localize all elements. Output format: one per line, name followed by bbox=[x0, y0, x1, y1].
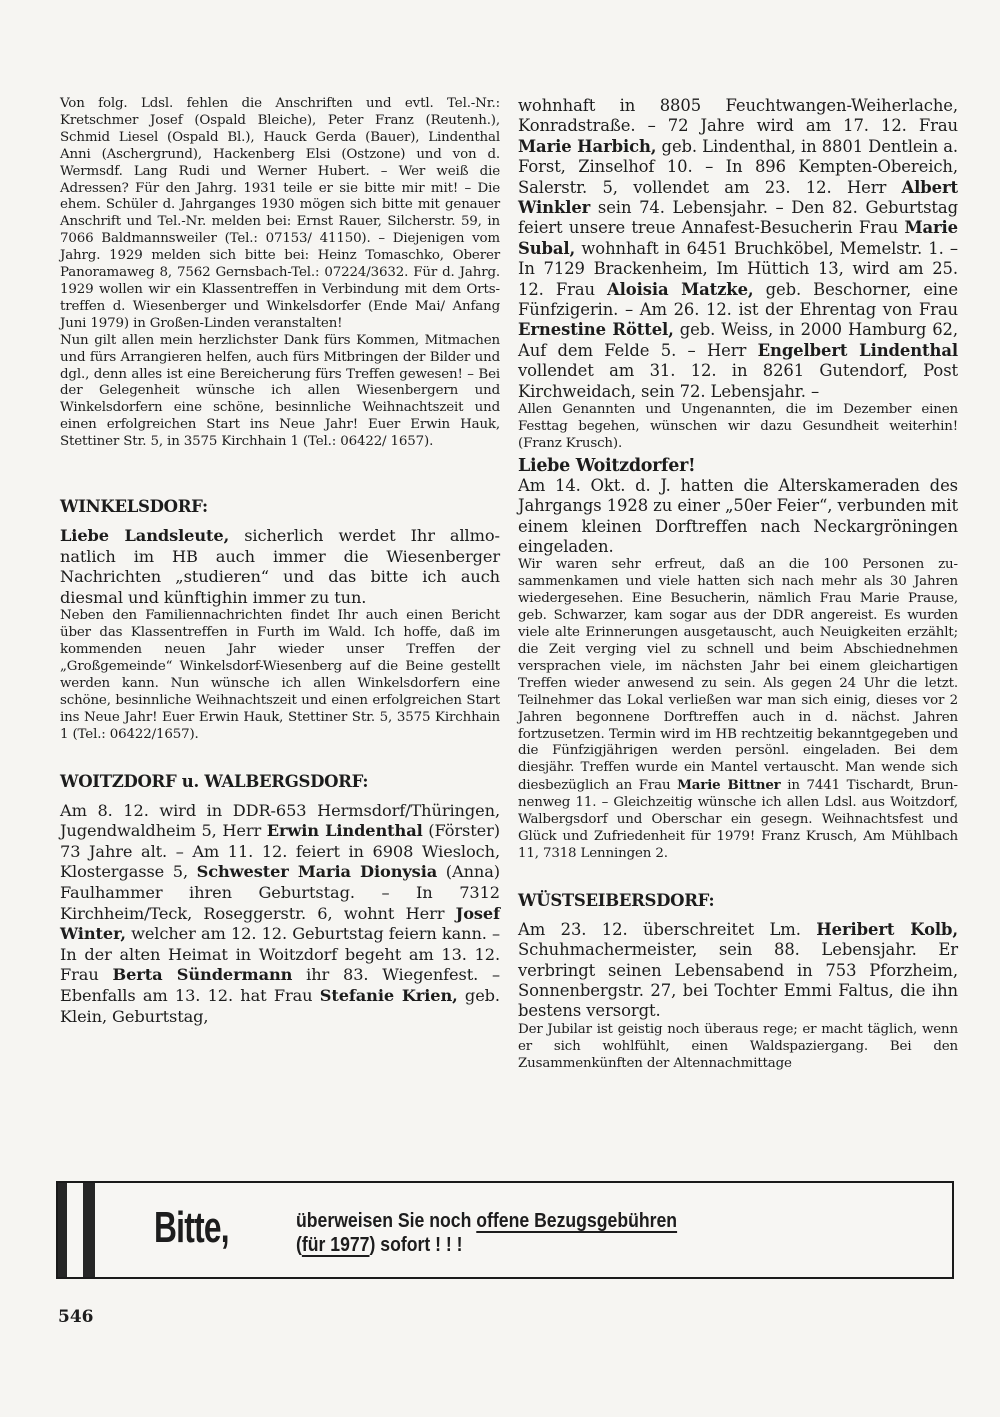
text: wohnhaft in 8805 Feuchtwangen-Weiherlach… bbox=[518, 96, 958, 135]
decorative-bar bbox=[58, 1183, 67, 1277]
underlined-text: offene Bezugsgebühren bbox=[476, 1209, 677, 1232]
winkelsdorf-section: WINKELSDORF: Liebe Landsleute, sicherlic… bbox=[60, 497, 500, 744]
missing-addresses-paragraph: Von folg. Ldsl. fehlen die Anschriften u… bbox=[60, 96, 500, 333]
woitzdorf-heading: WOITZDORF u. WALBERGSDORF: bbox=[60, 772, 500, 791]
woitzdorfer-section: Liebe Woitzdorfer! Am 14. Okt. d. J. hat… bbox=[518, 456, 958, 863]
right-column: wohnhaft in 8805 Feuchtwangen-Weiherlach… bbox=[518, 96, 958, 1073]
wuestseibersdorf-heading: WÜSTSEIBERSDORF: bbox=[518, 891, 958, 910]
wuestseibersdorf-birthday: Am 23. 12. überschreitet Lm. Heribert Ko… bbox=[518, 920, 958, 1022]
text: Wir waren sehr erfreut, daß an die 100 P… bbox=[518, 557, 958, 793]
person-name: Erwin Lindenthal bbox=[267, 821, 423, 840]
winkelsdorf-greeting: Liebe Landsleute, sicherlich werdet Ihr … bbox=[60, 526, 500, 608]
payment-reminder-box: Bitte, überweisen Sie noch offene Bezugs… bbox=[56, 1181, 954, 1279]
text: ) sofort ! ! ! bbox=[370, 1233, 463, 1256]
text: überweisen Sie noch bbox=[296, 1209, 476, 1232]
notice-big-word: Bitte, bbox=[154, 1203, 229, 1253]
winkelsdorf-heading: WINKELSDORF: bbox=[60, 497, 500, 516]
person-name: Aloisia Matzke, bbox=[607, 280, 753, 299]
notice-line-2: (für 1977) sofort ! ! ! bbox=[296, 1233, 677, 1257]
person-name: Marie Harbich, bbox=[518, 137, 656, 156]
person-name: Ernestine Röt­tel, bbox=[518, 320, 674, 339]
person-name: Marie Bittner bbox=[677, 777, 781, 793]
december-wishes: Allen Genannten und Ungenannten, die im … bbox=[518, 402, 958, 453]
thanks-paragraph: Nun gilt allen mein herzlichster Dank fü… bbox=[60, 333, 500, 451]
person-name: Heribert Kolb, bbox=[816, 920, 958, 939]
birthdays-continuation: wohnhaft in 8805 Feuchtwangen-Weiherlach… bbox=[518, 96, 958, 402]
woitzdorfer-lead: Am 14. Okt. d. J. hatten die Alterskamer… bbox=[518, 476, 958, 558]
winkelsdorf-body: Neben den Familiennachrichten findet Ihr… bbox=[60, 608, 500, 743]
notice-message: überweisen Sie noch offene Bezugsgebühre… bbox=[296, 1209, 677, 1257]
text: Am 23. 12. überschreitet Lm. bbox=[518, 920, 816, 939]
woitzdorfer-report: Wir waren sehr erfreut, daß an die 100 P… bbox=[518, 557, 958, 862]
person-name: Engelbert Lindenthal bbox=[758, 341, 958, 360]
notice-line-1: überweisen Sie noch offene Bezugsgebühre… bbox=[296, 1209, 677, 1233]
page-number: 546 bbox=[58, 1307, 94, 1327]
left-column: Von folg. Ldsl. fehlen die Anschriften u… bbox=[60, 96, 500, 1027]
woitzdorf-section: WOITZDORF u. WALBERGSDORF: Am 8. 12. wir… bbox=[60, 772, 500, 1028]
text: vollendet am 31. 12. in 8261 Gutendorf, … bbox=[518, 361, 958, 400]
text: Schuhmachermeister, sein 88. Lebensjahr.… bbox=[518, 940, 958, 1020]
person-name: Berta Sündermann bbox=[112, 965, 292, 984]
person-name: Stefanie Krien, bbox=[320, 986, 458, 1005]
person-name: Schwester Maria Dionysia bbox=[197, 862, 437, 881]
decorative-bar bbox=[83, 1183, 95, 1277]
underlined-text: für 1977 bbox=[302, 1233, 370, 1256]
wuestseibersdorf-section: WÜSTSEIBERSDORF: Am 23. 12. überschreite… bbox=[518, 891, 958, 1073]
greeting-bold: Liebe Landsleute, bbox=[60, 526, 229, 545]
wuestseibersdorf-body: Der Jubilar ist geistig noch überaus reg… bbox=[518, 1022, 958, 1073]
woitzdorfer-heading: Liebe Woitzdorfer! bbox=[518, 456, 958, 476]
woitzdorf-birthdays: Am 8. 12. wird in DDR-653 Hermsdorf/Thür… bbox=[60, 801, 500, 1028]
